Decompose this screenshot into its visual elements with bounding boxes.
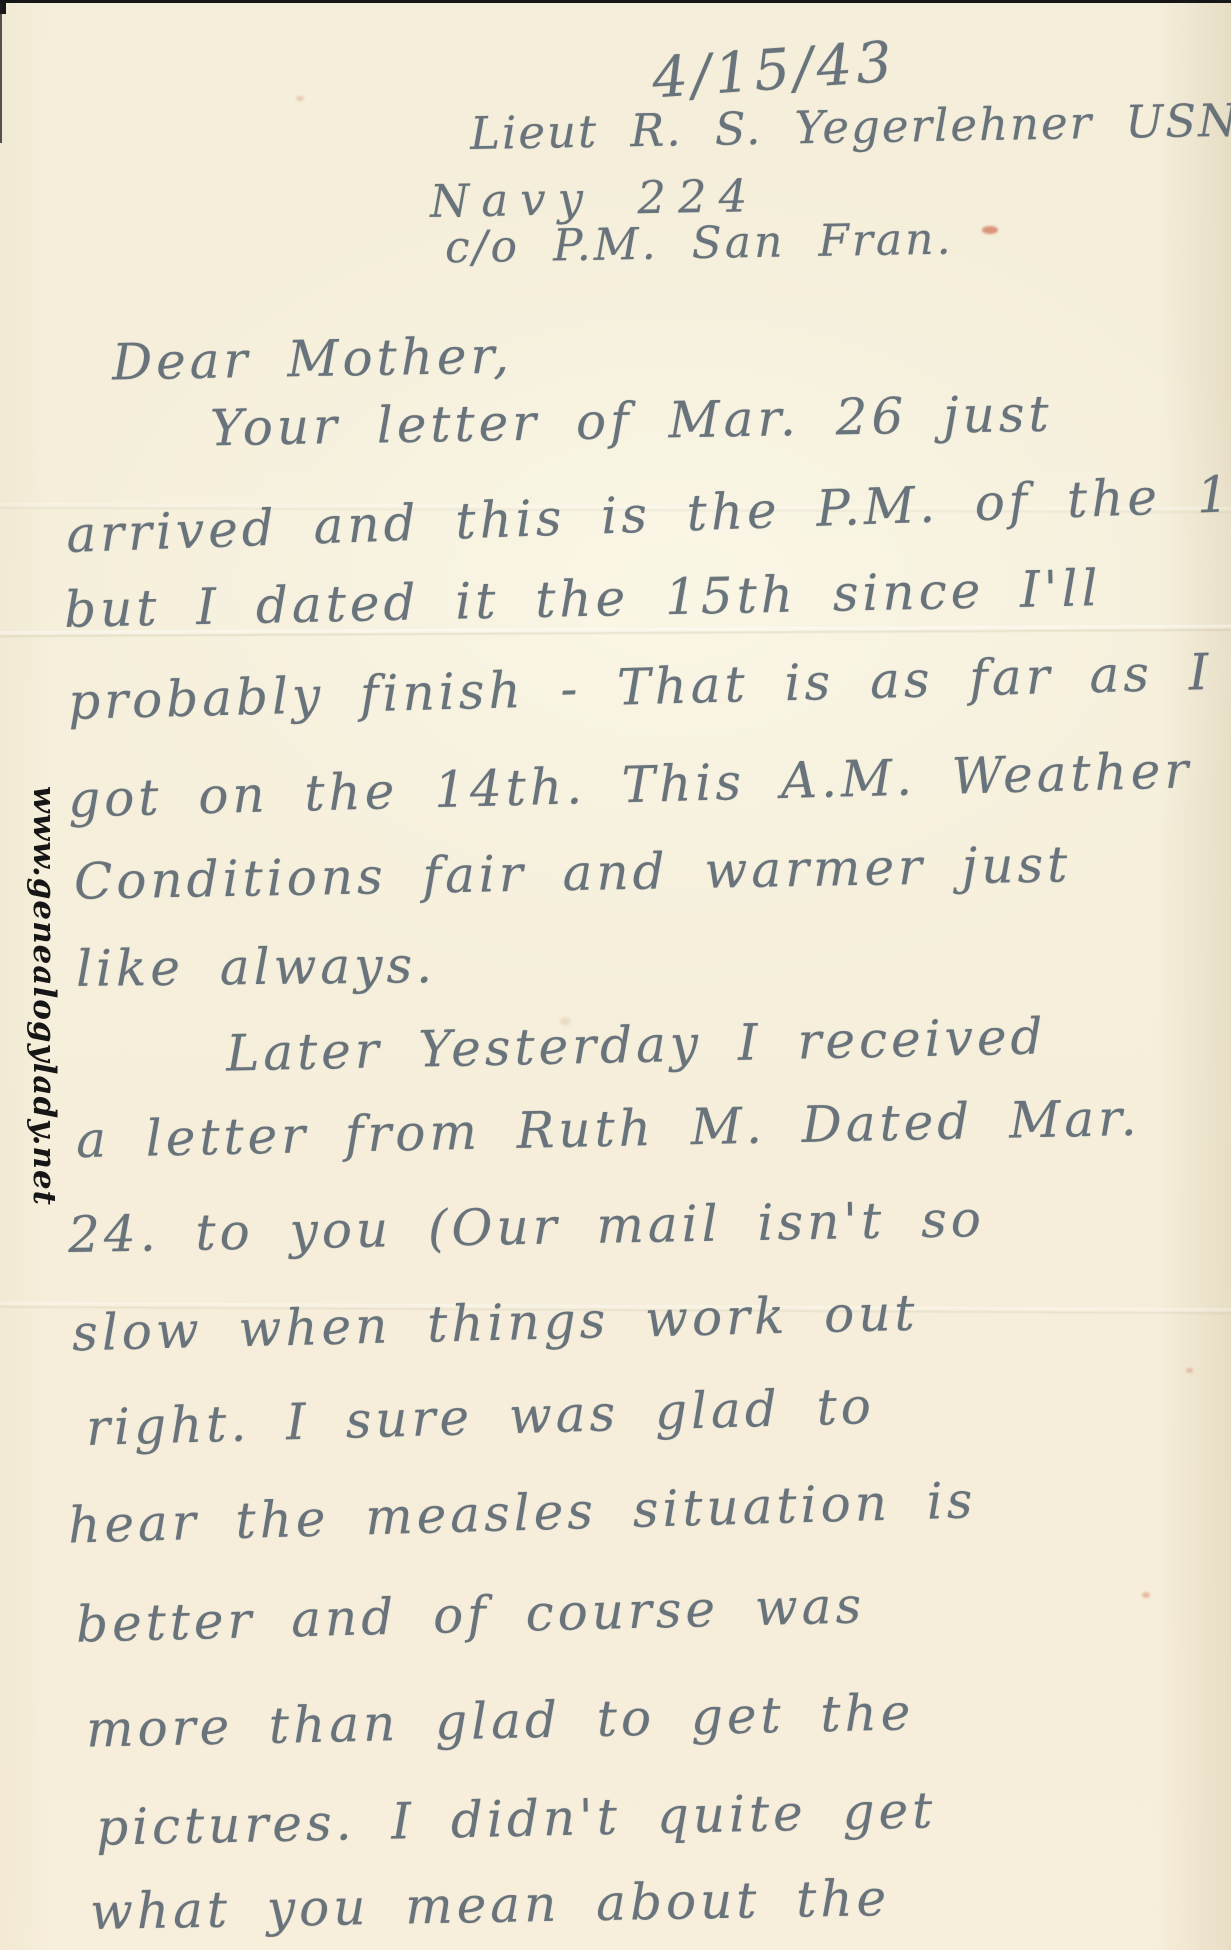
letter-scan-page: www.genealogylady.net 4/15/43 Lieut R. S… [0, 0, 1231, 1950]
scan-edge-left [0, 3, 2, 143]
age-spot [1142, 1592, 1150, 1598]
body-line: a letter from Ruth M. Dated Mar. [76, 1089, 1141, 1169]
watermark-url: www.genealogylady.net [26, 786, 62, 1206]
body-line: hear the measles situation is [67, 1471, 977, 1554]
body-line: slow when things work out [71, 1284, 919, 1363]
body-line: 24. to you (Our mail isn't so [68, 1190, 986, 1264]
body-line: right. I sure was glad to [85, 1377, 875, 1457]
age-spot [982, 226, 998, 234]
body-line: Conditions fair and warmer just [74, 835, 1072, 910]
body-line: what you mean about the [90, 1869, 891, 1941]
body-line: pictures. I didn't quite get [95, 1781, 936, 1857]
salutation: Dear Mother, [112, 327, 514, 392]
body-line: Your letter of Mar. 26 just [210, 385, 1053, 458]
body-line: like always. [76, 936, 437, 998]
body-line: better and of course was [75, 1576, 865, 1653]
body-line: but I dated it the 15th since I'll [64, 559, 1103, 639]
sender-name-line: Lieut R. S. Yegerlehner USNR [470, 93, 1231, 160]
body-line: more than glad to get the [85, 1683, 914, 1758]
body-line: got on the 14th. This A.M. Weather [67, 741, 1192, 828]
body-line: probably finish - That is as far as I [67, 643, 1213, 731]
sender-address-line-2: c/o P.M. San Fran. [445, 214, 954, 274]
age-spot [1186, 1368, 1193, 1373]
body-line: Later Yesterday I received [225, 1007, 1047, 1082]
letter-date: 4/15/43 [650, 30, 898, 112]
scan-edge-top [0, 0, 1231, 3]
age-spot [296, 96, 304, 101]
body-line: arrived and this is the P.M. of the 14th [65, 462, 1231, 564]
